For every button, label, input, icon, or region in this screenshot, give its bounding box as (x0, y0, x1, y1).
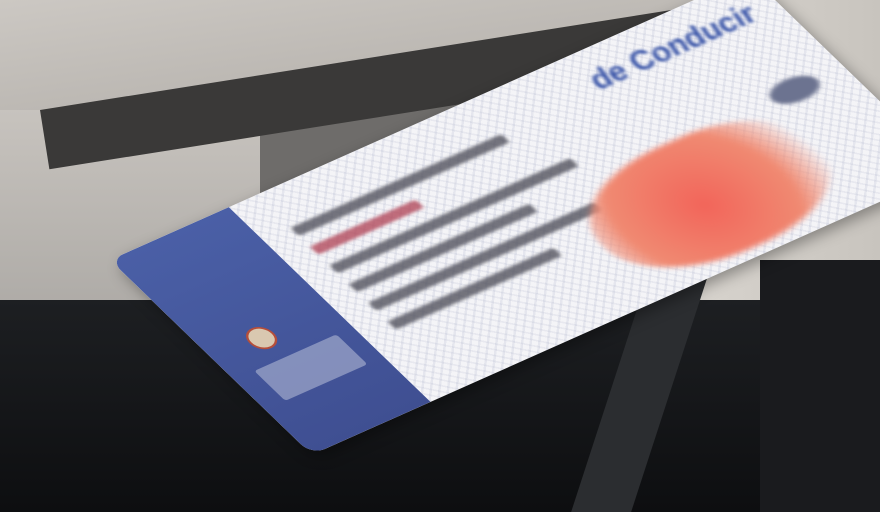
seal-icon (240, 323, 284, 353)
photo-scene: de Conducir (0, 0, 880, 512)
printer-side-panel (760, 260, 880, 512)
data-row-highlight (310, 200, 424, 255)
